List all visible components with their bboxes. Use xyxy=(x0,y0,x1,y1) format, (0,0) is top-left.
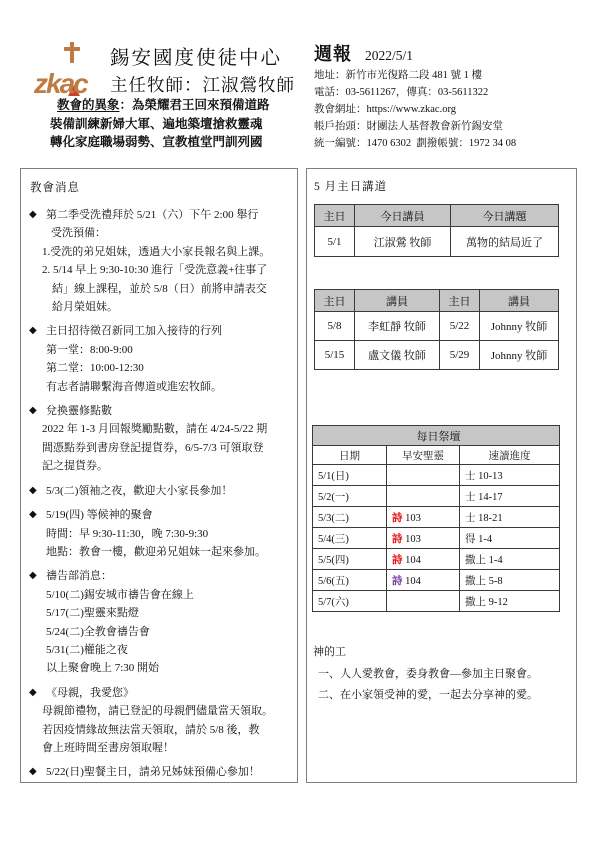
table-cell: 5/29 xyxy=(440,341,480,370)
altar-reading-cell: 撒上 5-8 xyxy=(460,570,560,591)
church-vision: 教會的異象：為榮耀君王回來預備道路 裝備訓練新婦大軍、遍地築壇搶救靈魂 轉化家庭… xyxy=(50,96,270,152)
altar-row: 5/6(五)詩 104撒上 5-8 xyxy=(313,570,560,591)
psalm-label: 詩 xyxy=(392,576,403,587)
gods-work-line: 二、在小家領受神的愛，一起去分享神的愛。 xyxy=(318,685,538,707)
psalm-label: 詩 xyxy=(392,513,403,524)
news-item-line: 第一堂：8:00-9:00 xyxy=(46,341,289,359)
table-cell: 5/8 xyxy=(315,312,355,341)
table-header-cell: 主日 xyxy=(440,290,480,312)
table-cell: 5/1 xyxy=(315,227,355,257)
altar-row: 5/2(一)士 14-17 xyxy=(313,486,560,507)
altar-date-cell: 5/4(三) xyxy=(313,528,387,549)
news-item: ◆第二季受洗禮拜於 5/21（六）下午 2:00 舉行受洗預備：1.受洗的弟兄姐… xyxy=(29,206,289,316)
table-cell: 5/22 xyxy=(440,312,480,341)
gods-work-title: 神的工 xyxy=(313,642,538,664)
news-items: ◆第二季受洗禮拜於 5/21（六）下午 2:00 舉行受洗預備：1.受洗的弟兄姐… xyxy=(29,206,289,782)
contact-info-line: 統一編號：1470 6302 劃撥帳號：1972 34 08 xyxy=(314,135,516,152)
contact-info-line: 教會網址：https://www.zkac.org xyxy=(314,101,516,118)
news-item-lines: 兌換靈修點數2022 年 1-3 月回報獎勵點數，請在 4/24-5/22 期間… xyxy=(46,402,289,476)
logo-text: zkac xyxy=(34,70,87,98)
news-item-line: 2. 5/14 早上 9:30-10:30 進行「受洗意義+往事了 xyxy=(42,261,289,279)
news-item: ◆5/3(二)領袖之夜，歡迎大小家長參加！ xyxy=(29,482,289,500)
church-name: 錫安國度使徒中心 xyxy=(110,42,282,70)
altar-reading-cell: 士 10-13 xyxy=(460,465,560,486)
table-header-row: 主日講員主日講員 xyxy=(315,290,559,312)
bulletin-title-block: 週報 2022/5/1 xyxy=(314,40,413,66)
altar-psalm-cell: 詩 103 xyxy=(387,528,460,549)
news-item: ◆《母親，我愛您》母親節禮物，請已登記的母親們儘量當天領取。若因疫情緣故無法當天… xyxy=(29,684,289,758)
vision-line-1: 教會的異象：為榮耀君王回來預備道路 xyxy=(50,96,270,115)
altar-header-cell: 早安聖靈 xyxy=(387,446,460,465)
altar-date-cell: 5/7(六) xyxy=(313,591,387,612)
news-item-lines: 禱告部消息：5/10(二)錫安城市禱告會在線上5/17(二)聖靈來點燈5/24(… xyxy=(46,567,289,677)
sermon-section-title: 5 月主日講道 xyxy=(314,178,387,194)
news-item: ◆5/19(四) 等候神的聚會時間：早 9:30-11:30，晚 7:30-9:… xyxy=(29,506,289,561)
gods-work-lines: 一、人人愛教會，委身教會—參加主日聚會。二、在小家領受神的愛，一起去分享神的愛。 xyxy=(313,664,538,707)
bulletin-page: zkac 錫安國度使徒中心 主任牧師：江淑鶯牧師 週報 2022/5/1 地址：… xyxy=(0,0,595,841)
news-item-line: 兌換靈修點數 xyxy=(46,402,289,420)
altar-psalm-cell xyxy=(387,486,460,507)
altar-row: 5/4(三)詩 103得 1-4 xyxy=(313,528,560,549)
news-item-line: 若因疫情緣故無法當天領取，請於 5/8 後，教 xyxy=(42,721,289,739)
news-item: ◆主日招待徵召新同工加入接待的行列第一堂：8:00-9:00第二堂：10:00-… xyxy=(29,322,289,396)
news-item-line: 以上聚會晚上 7:30 開始 xyxy=(46,659,289,677)
table-header-cell: 主日 xyxy=(315,205,355,227)
news-item-line: 有志者請聯繫海音傳道或進宏牧師。 xyxy=(46,378,289,396)
church-news-panel: 教會消息 ◆第二季受洗禮拜於 5/21（六）下午 2:00 舉行受洗預備：1.受… xyxy=(20,168,298,783)
news-item-lines: 主日招待徵召新同工加入接待的行列第一堂：8:00-9:00第二堂：10:00-1… xyxy=(46,322,289,396)
news-item-line: 禱告部消息： xyxy=(46,567,289,585)
news-item-line: 5/10(二)錫安城市禱告會在線上 xyxy=(46,586,289,604)
news-item-line: 《母親，我愛您》 xyxy=(46,684,289,702)
psalm-label: 詩 xyxy=(392,534,403,545)
vision-line-3: 轉化家庭職場弱勢、宣教植堂門訓列國 xyxy=(50,133,270,152)
table-header-row: 主日今日講員今日講題 xyxy=(315,205,559,227)
altar-date-cell: 5/5(四) xyxy=(313,549,387,570)
altar-date-cell: 5/6(五) xyxy=(313,570,387,591)
cross-icon xyxy=(64,47,80,51)
sermon-today-table: 主日今日講員今日講題5/1江淑鶯 牧師萬物的結局近了 xyxy=(314,204,559,257)
vision-line-1-rest: ：為榮耀君王回來預備道路 xyxy=(120,98,270,112)
table-row: 5/8李虹靜 牧師5/22Johnny 牧師 xyxy=(315,312,559,341)
contact-info-line: 地址：新竹市光復路二段 481 號 1 樓 xyxy=(314,67,516,84)
news-item: ◆禱告部消息：5/10(二)錫安城市禱告會在線上5/17(二)聖靈來點燈5/24… xyxy=(29,567,289,677)
table-header-cell: 今日講題 xyxy=(451,205,559,227)
altar-psalm-cell: 詩 103 xyxy=(387,507,460,528)
diamond-bullet-icon: ◆ xyxy=(29,506,46,561)
table-cell: 萬物的結局近了 xyxy=(451,227,559,257)
sermon-panel: 5 月主日講道 主日今日講員今日講題5/1江淑鶯 牧師萬物的結局近了 主日講員主… xyxy=(306,168,577,783)
news-item-line: 受洗預備： xyxy=(51,224,289,242)
news-item-line: 結」線上課程，並於 5/8（日）前將申請表交 xyxy=(52,280,289,298)
news-item-lines: 5/19(四) 等候神的聚會時間：早 9:30-11:30，晚 7:30-9:3… xyxy=(46,506,289,561)
altar-reading-cell: 得 1-4 xyxy=(460,528,560,549)
news-item-lines: 《母親，我愛您》母親節禮物，請已登記的母親們儘量當天領取。若因疫情緣故無法當天領… xyxy=(46,684,289,758)
table-cell: 5/15 xyxy=(315,341,355,370)
news-item-line: 第二季受洗禮拜於 5/21（六）下午 2:00 舉行 xyxy=(46,206,289,224)
news-item-line: 主日招待徵召新同工加入接待的行列 xyxy=(46,322,289,340)
contact-info-line: 電話：03-5611267，傳真：03-5611322 xyxy=(314,84,516,101)
sermon-schedule-table: 主日講員主日講員5/8李虹靜 牧師5/22Johnny 牧師5/15盧文儀 牧師… xyxy=(314,289,559,370)
altar-psalm-cell xyxy=(387,465,460,486)
altar-reading-cell: 士 18-21 xyxy=(460,507,560,528)
table-row: 5/1江淑鶯 牧師萬物的結局近了 xyxy=(315,227,559,257)
news-panel-title: 教會消息 xyxy=(30,179,289,195)
altar-header-row: 日期早安聖靈速讀進度 xyxy=(313,446,560,465)
news-item-line: 2022 年 1-3 月回報獎勵點數，請在 4/24-5/22 期 xyxy=(42,420,289,438)
table-header-cell: 主日 xyxy=(315,290,355,312)
table-cell: 江淑鶯 牧師 xyxy=(355,227,451,257)
altar-title-cell: 每日祭壇 xyxy=(313,426,560,446)
table-cell: Johnny 牧師 xyxy=(480,341,559,370)
vision-line-2: 裝備訓練新婦大軍、遍地築壇搶救靈魂 xyxy=(50,115,270,134)
table-cell: Johnny 牧師 xyxy=(480,312,559,341)
senior-pastor-line: 主任牧師：江淑鶯牧師 xyxy=(110,72,295,97)
news-item-lines: 第二季受洗禮拜於 5/21（六）下午 2:00 舉行受洗預備：1.受洗的弟兄姐妹… xyxy=(46,206,289,316)
table-cell: 李虹靜 牧師 xyxy=(355,312,440,341)
news-item-line: 記之提貨券。 xyxy=(42,457,289,475)
altar-row: 5/7(六)撒上 9-12 xyxy=(313,591,560,612)
diamond-bullet-icon: ◆ xyxy=(29,322,46,396)
altar-psalm-cell: 詩 104 xyxy=(387,549,460,570)
altar-row: 5/1(日)士 10-13 xyxy=(313,465,560,486)
table-header-cell: 講員 xyxy=(355,290,440,312)
news-item-line: 1.受洗的弟兄姐妹，透過大小家長報名與上課。 xyxy=(42,243,289,261)
altar-psalm-cell: 詩 104 xyxy=(387,570,460,591)
diamond-bullet-icon: ◆ xyxy=(29,763,46,781)
altar-header-cell: 日期 xyxy=(313,446,387,465)
altar-date-cell: 5/1(日) xyxy=(313,465,387,486)
church-logo: zkac xyxy=(32,42,110,98)
altar-title-row: 每日祭壇 xyxy=(313,426,560,446)
vision-label: 教會的異象 xyxy=(57,98,120,112)
news-item-line: 5/17(二)聖靈來點燈 xyxy=(46,604,289,622)
table-cell: 盧文儀 牧師 xyxy=(355,341,440,370)
news-item-lines: 5/3(二)領袖之夜，歡迎大小家長參加！ xyxy=(46,482,289,500)
news-item: ◆5/22(日)聖餐主日，請弟兄姊妹預備心參加！ xyxy=(29,763,289,781)
bulletin-date: 2022/5/1 xyxy=(365,48,413,63)
contact-info-line: 帳戶抬頭：財團法人基督教會新竹錫安堂 xyxy=(314,118,516,135)
news-item-line: 給月榮姐妹。 xyxy=(52,298,289,316)
news-item-lines: 5/22(日)聖餐主日，請弟兄姊妹預備心參加！ xyxy=(46,763,289,781)
altar-date-cell: 5/2(一) xyxy=(313,486,387,507)
news-item-line: 5/19(四) 等候神的聚會 xyxy=(46,506,289,524)
news-item-line: 5/31(二)權能之夜 xyxy=(46,641,289,659)
altar-psalm-cell xyxy=(387,591,460,612)
news-item-line: 5/3(二)領袖之夜，歡迎大小家長參加！ xyxy=(46,482,289,500)
contact-info: 地址：新竹市光復路二段 481 號 1 樓電話：03-5611267，傳真：03… xyxy=(314,67,516,152)
table-header-cell: 講員 xyxy=(480,290,559,312)
news-item-line: 間憑點券到書房登記提貨券，6/5-7/3 可領取登 xyxy=(42,439,289,457)
gods-work-line: 一、人人愛教會，委身教會—參加主日聚會。 xyxy=(318,664,538,686)
daily-altar-table: 每日祭壇日期早安聖靈速讀進度5/1(日)士 10-135/2(一)士 14-17… xyxy=(312,425,560,612)
news-item: ◆兌換靈修點數2022 年 1-3 月回報獎勵點數，請在 4/24-5/22 期… xyxy=(29,402,289,476)
altar-header-cell: 速讀進度 xyxy=(460,446,560,465)
altar-reading-cell: 撒上 9-12 xyxy=(460,591,560,612)
altar-row: 5/5(四)詩 104撒上 1-4 xyxy=(313,549,560,570)
psalm-label: 詩 xyxy=(392,555,403,566)
diamond-bullet-icon: ◆ xyxy=(29,482,46,500)
cross-icon xyxy=(70,42,74,63)
altar-row: 5/3(二)詩 103士 18-21 xyxy=(313,507,560,528)
news-item-line: 5/24(二)全教會禱告會 xyxy=(46,623,289,641)
news-item-line: 會上班時間至書房領取喔！ xyxy=(42,739,289,757)
diamond-bullet-icon: ◆ xyxy=(29,567,46,677)
bulletin-title: 週報 xyxy=(314,44,352,64)
news-item-line: 5/22(日)聖餐主日，請弟兄姊妹預備心參加！ xyxy=(46,763,289,781)
altar-reading-cell: 撒上 1-4 xyxy=(460,549,560,570)
altar-date-cell: 5/3(二) xyxy=(313,507,387,528)
news-item-line: 母親節禮物，請已登記的母親們儘量當天領取。 xyxy=(42,702,289,720)
table-header-cell: 今日講員 xyxy=(355,205,451,227)
news-item-line: 時間：早 9:30-11:30，晚 7:30-9:30 xyxy=(46,525,289,543)
gods-work-section: 神的工 一、人人愛教會，委身教會—參加主日聚會。二、在小家領受神的愛，一起去分享… xyxy=(313,642,538,707)
news-item-line: 地點：教會一樓，歡迎弟兄姐妹一起來參加。 xyxy=(46,543,289,561)
altar-reading-cell: 士 14-17 xyxy=(460,486,560,507)
table-row: 5/15盧文儀 牧師5/29Johnny 牧師 xyxy=(315,341,559,370)
news-item-line: 第二堂：10:00-12:30 xyxy=(46,359,289,377)
